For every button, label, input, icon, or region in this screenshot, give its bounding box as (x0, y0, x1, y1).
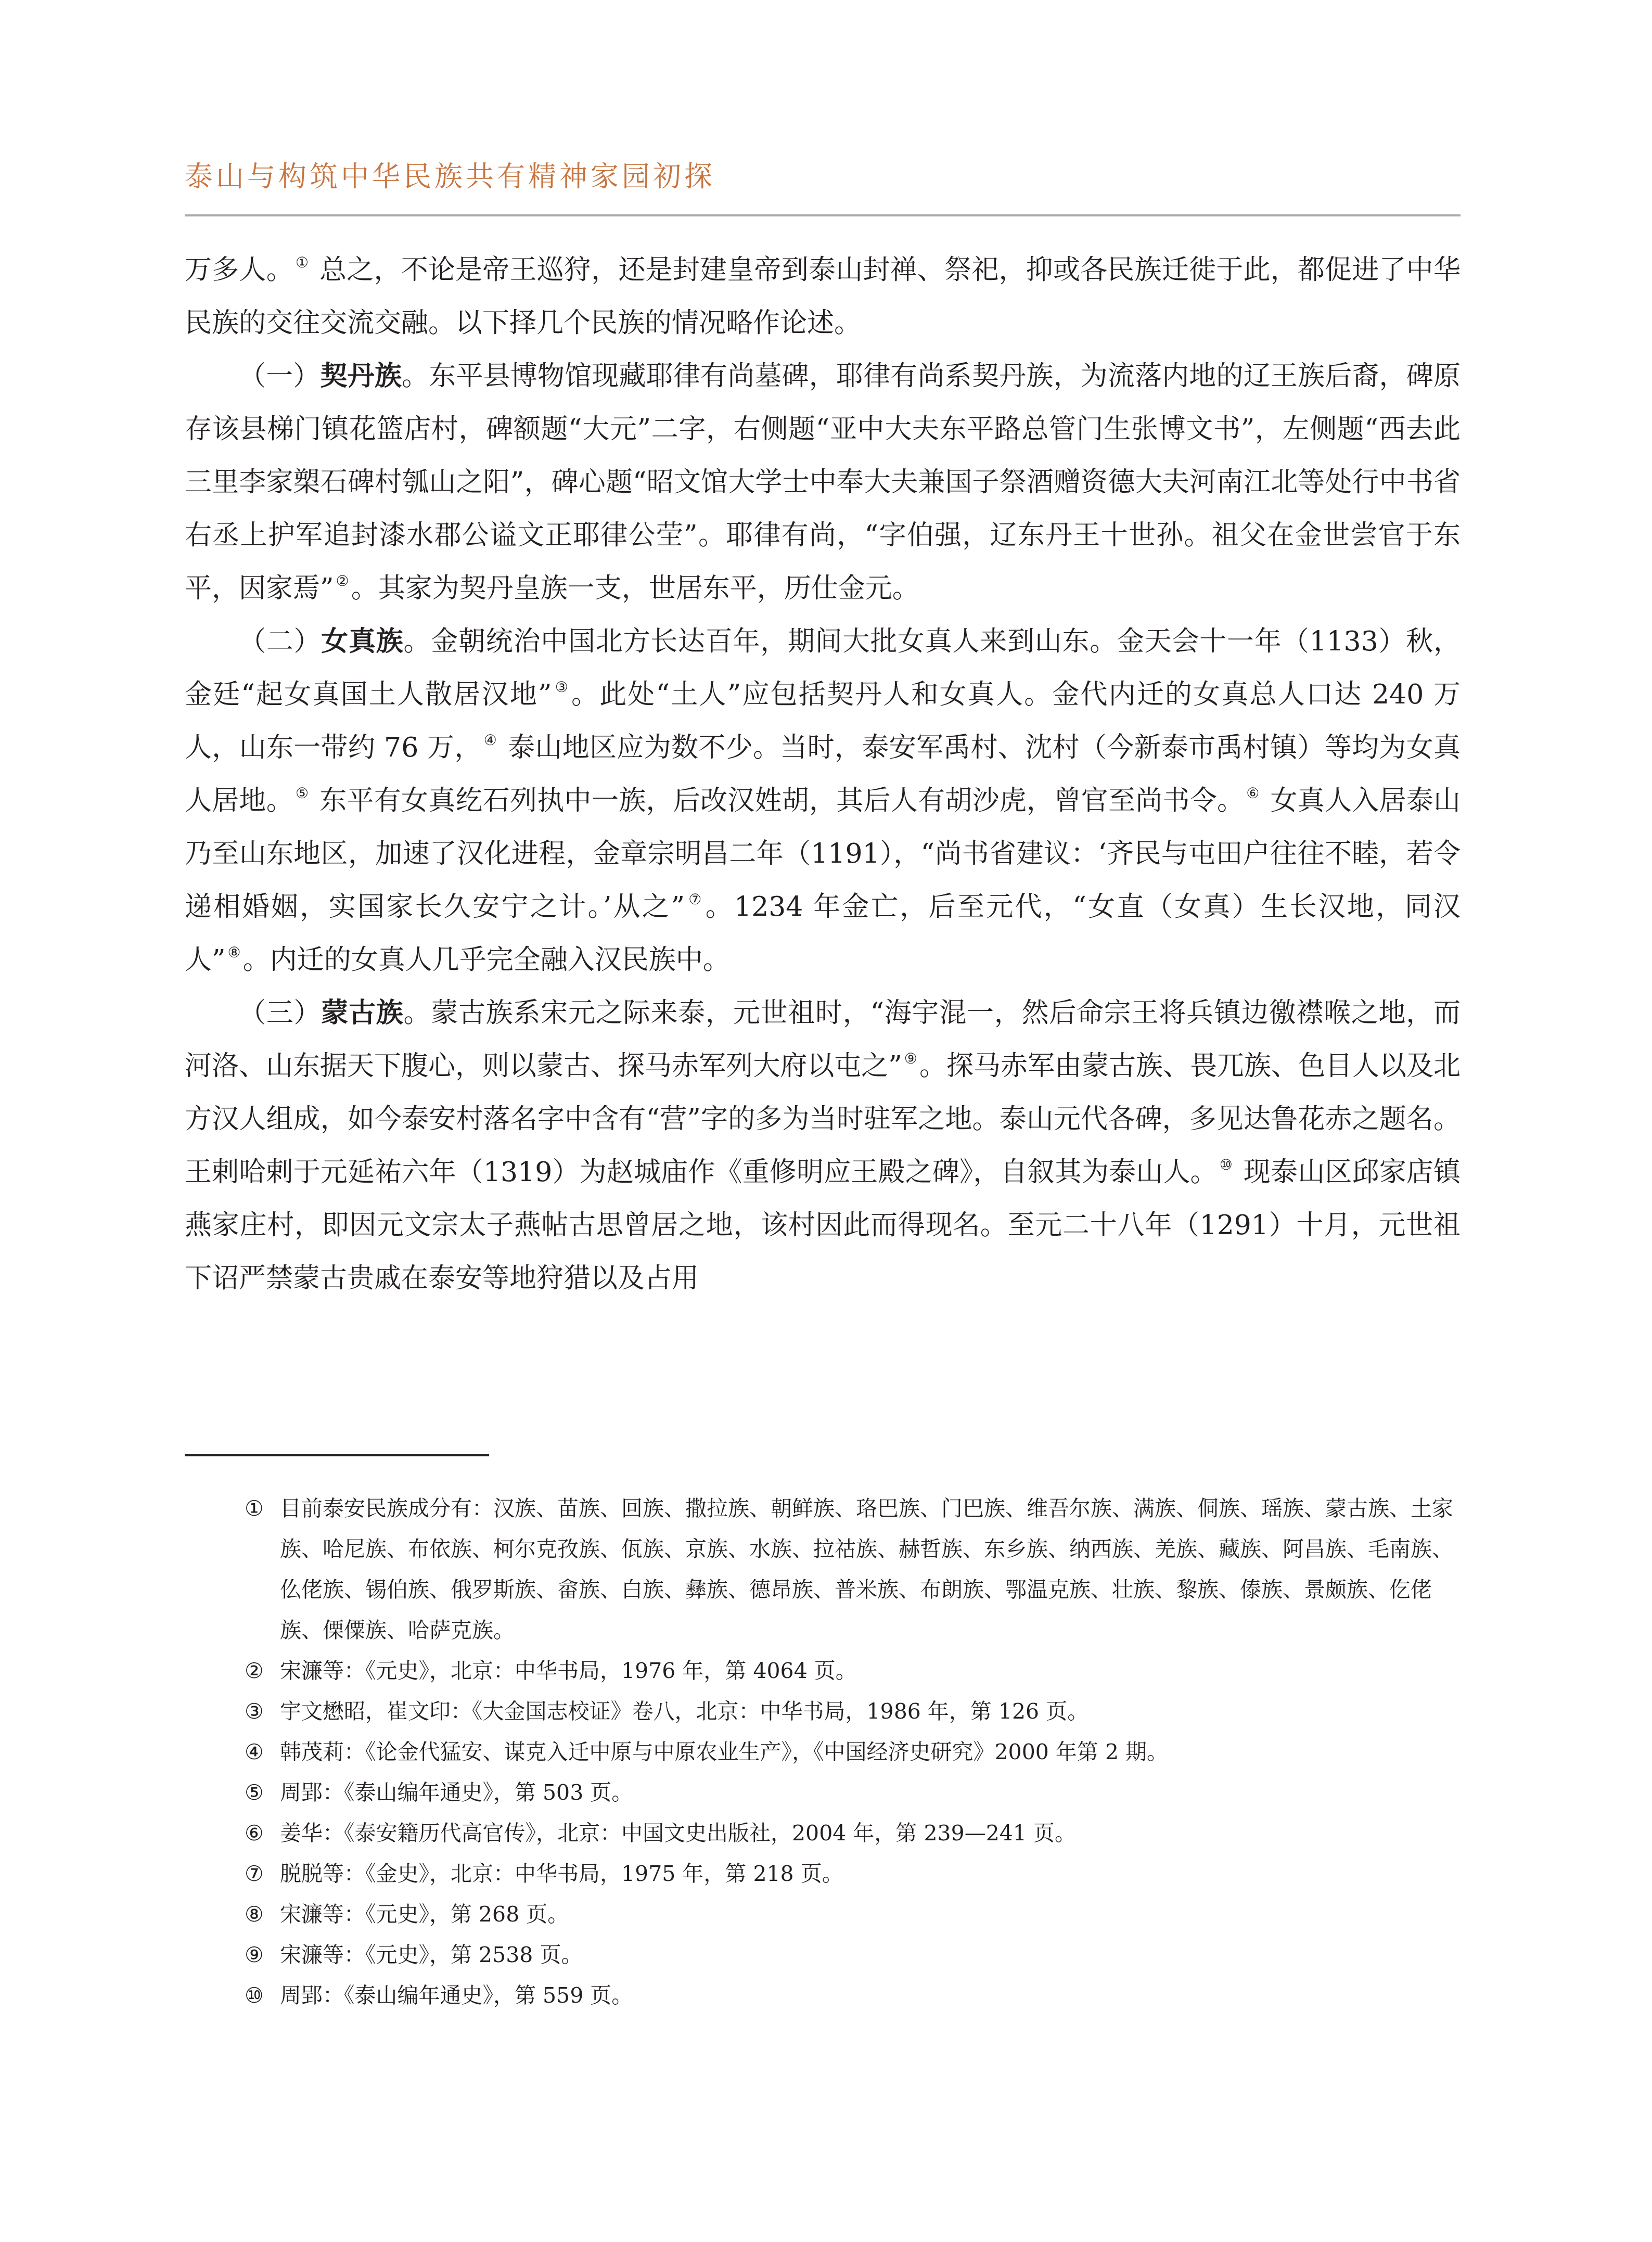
footnote-text: 宋濂等：《元史》，北京：中华书局，1976 年，第 4064 页。 (280, 1650, 1461, 1691)
paragraph-khitan: （一）契丹族。东平县博物馆现藏耶律有尚墓碑，耶律有尚系契丹族，为流落内地的辽王族… (185, 350, 1461, 615)
running-header-title: 泰山与构筑中华民族共有精神家园初探 (185, 156, 1461, 198)
footnote-5: ⑤周郢：《泰山编年通史》，第 503 页。 (245, 1772, 1461, 1813)
footnote-marker: ⑥ (245, 1813, 280, 1853)
footnote-text: 脱脱等：《金史》，北京：中华书局，1975 年，第 218 页。 (280, 1853, 1461, 1894)
footnote-7: ⑦脱脱等：《金史》，北京：中华书局，1975 年，第 218 页。 (245, 1853, 1461, 1894)
footnote-marker: ① (245, 1488, 280, 1650)
footnote-text: 姜华：《泰安籍历代高官传》，北京：中国文史出版社，2004 年，第 239—24… (280, 1813, 1461, 1853)
text-run: 。其家为契丹皇族一支，世居东平，历仕金元。 (351, 573, 919, 604)
text-run: 。内迁的女真人几乎完全融入汉民族中。 (243, 944, 730, 976)
header-divider (185, 214, 1461, 216)
footnote-text: 周郢：《泰山编年通史》，第 559 页。 (280, 1975, 1461, 2016)
footnote-ref-5[interactable]: ⑤ (296, 785, 309, 802)
footnote-10: ⑩周郢：《泰山编年通史》，第 559 页。 (245, 1975, 1461, 2016)
footnote-ref-3[interactable]: ③ (554, 678, 569, 696)
paragraph-intro: 万多人。① 总之，不论是帝王巡狩，还是封建皇帝到泰山封禅、祭祀，抑或各民族迁徙于… (185, 244, 1461, 350)
footnote-ref-2[interactable]: ② (336, 572, 349, 590)
footnote-4: ④韩茂莉：《论金代猛安、谋克入迁中原与中原农业生产》，《中国经济史研究》2000… (245, 1732, 1461, 1772)
section-title-jurchen: 女真族 (321, 625, 403, 657)
running-header: 泰山与构筑中华民族共有精神家园初探 (185, 156, 1461, 198)
paragraph-mongol: （三）蒙古族。蒙古族系宋元之际来泰，元世祖时，“海宇混一，然后命宗王将兵镇边徼襟… (185, 987, 1461, 1305)
section-title-mongol: 蒙古族 (321, 997, 403, 1029)
footnote-6: ⑥姜华：《泰安籍历代高官传》，北京：中国文史出版社，2004 年，第 239—2… (245, 1813, 1461, 1853)
text-run: 总之，不论是帝王巡狩，还是封建皇帝到泰山封禅、祭祀，抑或各民族迁徙于此，都促进了… (185, 254, 1461, 339)
footnote-divider (185, 1454, 489, 1456)
footnote-marker: ⑧ (245, 1894, 280, 1934)
footnote-marker: ② (245, 1650, 280, 1691)
footnote-marker: ⑦ (245, 1853, 280, 1894)
footnote-ref-7[interactable]: ⑦ (687, 891, 703, 908)
text-run: 东平有女真纥石列执中一族，后改汉姓胡，其后人有胡沙虎，曾官至尚书令。 (311, 785, 1244, 816)
text-run: 万多人。 (185, 254, 293, 286)
footnote-8: ⑧宋濂等：《元史》，第 268 页。 (245, 1894, 1461, 1934)
footnote-9: ⑨宋濂等：《元史》，第 2538 页。 (245, 1934, 1461, 1975)
footnote-text: 周郢：《泰山编年通史》，第 503 页。 (280, 1772, 1461, 1813)
footnote-text: 韩茂莉：《论金代猛安、谋克入迁中原与中原农业生产》，《中国经济史研究》2000 … (280, 1732, 1461, 1772)
footnote-2: ②宋濂等：《元史》，北京：中华书局，1976 年，第 4064 页。 (245, 1650, 1461, 1691)
main-text: 万多人。① 总之，不论是帝王巡狩，还是封建皇帝到泰山封禅、祭祀，抑或各民族迁徙于… (185, 244, 1461, 1305)
text-run: 。东平县博物馆现藏耶律有尚墓碑，耶律有尚系契丹族，为流落内地的辽王族后裔，碑原存… (185, 361, 1461, 604)
footnote-text: 目前泰安民族成分有：汉族、苗族、回族、撒拉族、朝鲜族、珞巴族、门巴族、维吾尔族、… (280, 1488, 1461, 1650)
footnote-ref-9[interactable]: ⑨ (904, 1050, 917, 1067)
footnote-3: ③宇文懋昭，崔文印：《大金国志校证》卷八，北京：中华书局，1986 年，第 12… (245, 1691, 1461, 1732)
paragraph-jurchen: （二）女真族。金朝统治中国北方长达百年，期间大批女真人来到山东。金天会十一年（1… (185, 615, 1461, 987)
footnote-1: ①目前泰安民族成分有：汉族、苗族、回族、撒拉族、朝鲜族、珞巴族、门巴族、维吾尔族… (245, 1488, 1461, 1650)
section-number: （一） (239, 361, 321, 392)
footnote-marker: ③ (245, 1691, 280, 1732)
footnote-marker: ⑤ (245, 1772, 280, 1813)
footnote-ref-4[interactable]: ④ (484, 732, 497, 749)
footnote-marker: ⑨ (245, 1934, 280, 1975)
footnote-ref-10[interactable]: ⑩ (1220, 1156, 1233, 1173)
footnote-text: 宋濂等：《元史》，第 268 页。 (280, 1894, 1461, 1934)
footnote-text: 宇文懋昭，崔文印：《大金国志校证》卷八，北京：中华书局，1986 年，第 126… (280, 1691, 1461, 1732)
footnote-marker: ⑩ (245, 1975, 280, 2016)
footnote-text: 宋濂等：《元史》，第 2538 页。 (280, 1934, 1461, 1975)
footnote-ref-6[interactable]: ⑥ (1246, 785, 1259, 802)
footnote-ref-8[interactable]: ⑧ (228, 944, 241, 961)
section-number: （三） (239, 997, 321, 1029)
section-title-khitan: 契丹族 (321, 360, 402, 392)
footnote-marker: ④ (245, 1732, 280, 1772)
footnote-ref-1[interactable]: ① (296, 254, 309, 271)
section-number: （二） (239, 626, 321, 657)
footnotes: ①目前泰安民族成分有：汉族、苗族、回族、撒拉族、朝鲜族、珞巴族、门巴族、维吾尔族… (245, 1488, 1461, 2016)
